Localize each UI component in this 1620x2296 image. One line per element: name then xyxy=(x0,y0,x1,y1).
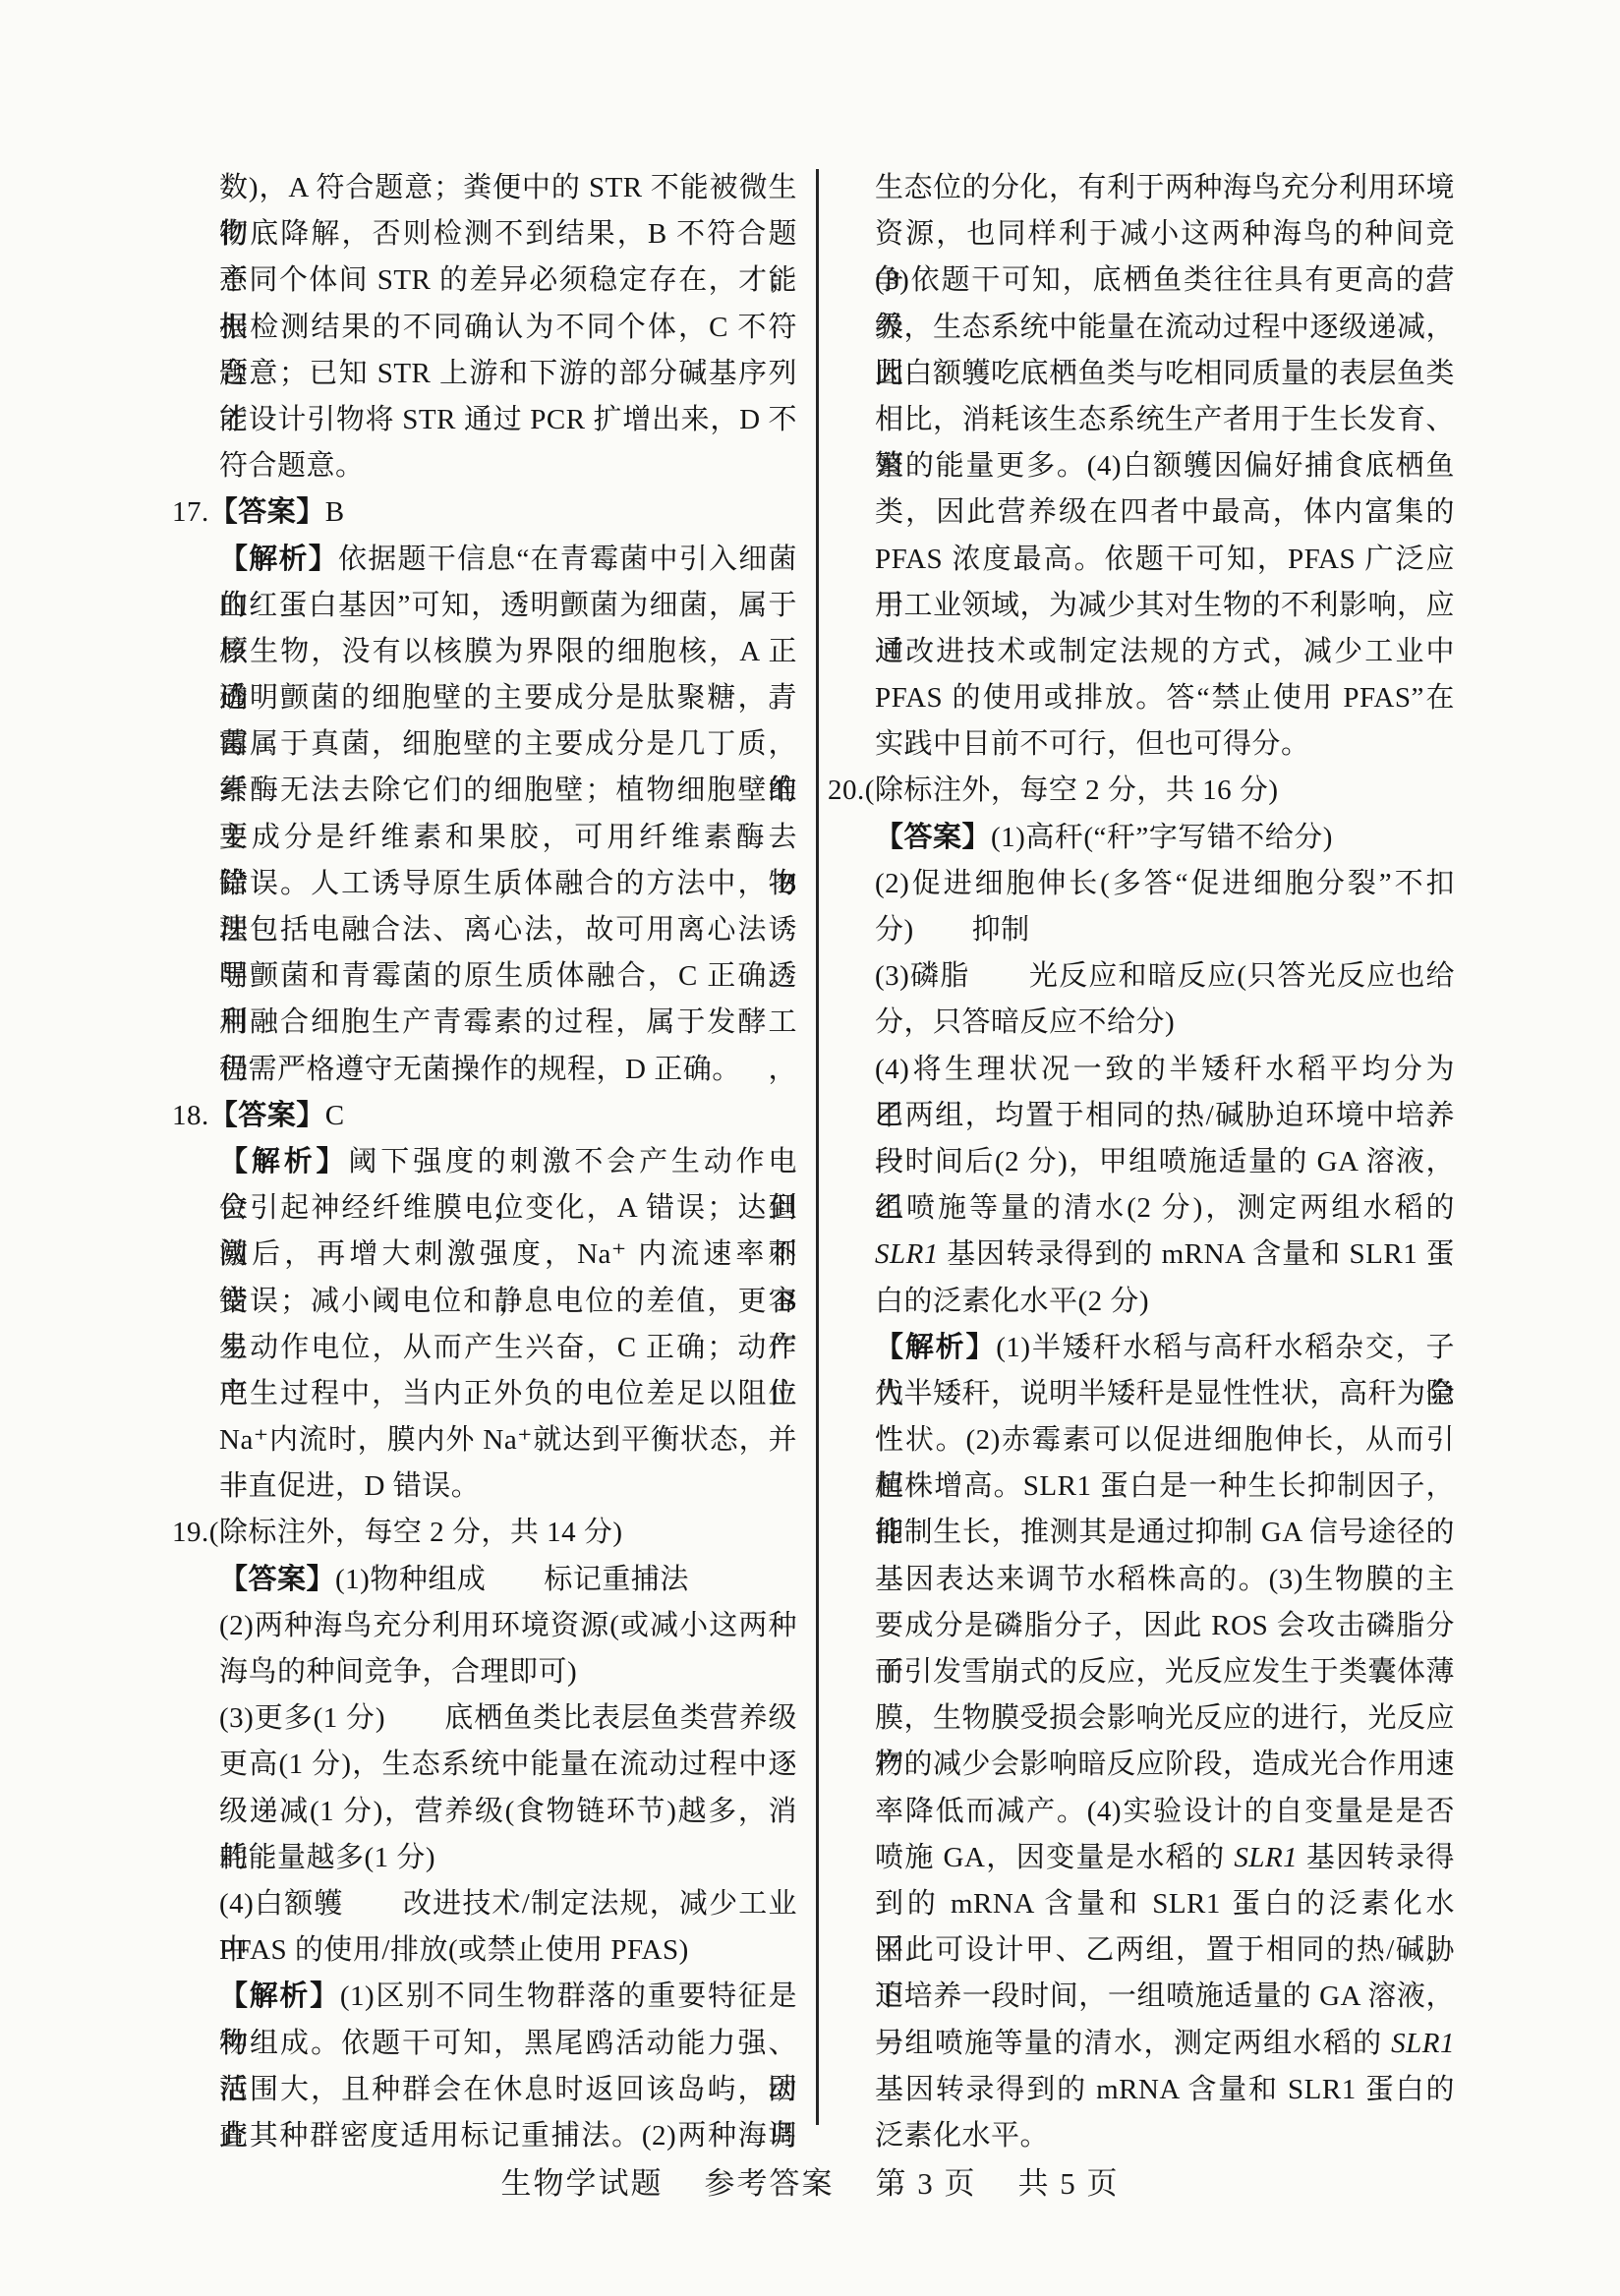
text-line: 实践中目前不可行，但也可得分。 xyxy=(875,721,1455,768)
text-line: 【解析】依据题干信息“在青霉菌中引入细菌的 xyxy=(219,537,797,583)
text-line: (2)两种海鸟充分利用环境资源(或减小这两种 xyxy=(219,1603,797,1649)
text-line: 性状。(2)赤霉素可以促进细胞伸长，从而引起 xyxy=(875,1417,1455,1464)
text-line: 海鸟的种间竞争，合理即可) xyxy=(219,1649,797,1695)
text-line: 20.(除标注外，每空 2 分，共 16 分) xyxy=(828,768,1455,814)
text-line: 抑制生长，推测其是通过抑制 GA 信号途径的 xyxy=(875,1510,1455,1556)
text-line: 仍需严格遵守无菌操作的规程，D 正确。 xyxy=(219,1047,797,1093)
text-line: 相比，消耗该生态系统生产者用于生长发育、繁 xyxy=(875,397,1455,443)
text-line: 组喷施等量的清水(2 分)，测定两组水稻的 xyxy=(875,1185,1455,1232)
text-line: 错误。人工诱导原生质体融合的方法中，物理 xyxy=(219,861,797,907)
text-line: 级，生态系统中能量在流动过程中逐级递减，因 xyxy=(875,305,1455,351)
text-line: 17.【答案】B xyxy=(172,489,797,536)
text-line: 殖的能量更多。(4)白额鹱因偏好捕食底栖鱼 xyxy=(875,443,1455,489)
text-line: (2)促进细胞伸长(多答“促进细胞分裂”不扣 xyxy=(875,861,1455,907)
text-line: (3)依题干可知，底栖鱼类往往具有更高的营养 xyxy=(875,258,1455,304)
text-line: 查其种群密度适用标记重捕法。(2)两种海鸟 xyxy=(219,2113,797,2159)
text-line: 物的减少会影响暗反应阶段，造成光合作用速 xyxy=(875,1742,1455,1788)
text-line: (4)白额鹱 改进技术/制定法规，减少工业中 xyxy=(219,1881,797,1927)
text-line: 要成分是磷脂分子，因此 ROS 会攻击磷脂分子 xyxy=(875,1603,1455,1649)
text-line: 法包括电融合法、离心法，故可用离心法诱导透 xyxy=(219,907,797,953)
text-line: 于工业领域，为减少其对生物的不利影响，应通 xyxy=(875,583,1455,629)
footer-section: 参考答案 xyxy=(705,2158,835,2203)
text-line: 【答案】(1)物种组成 标记重捕法 xyxy=(219,1557,797,1603)
text-line: 用融合细胞生产青霉素的过程，属于发酵工程， xyxy=(219,1000,797,1046)
text-line: 植株增高。SLR1 蛋白是一种生长抑制因子，能 xyxy=(875,1464,1455,1510)
text-line: 错误；减小阈电位和静息电位的差值，更容易产 xyxy=(219,1279,797,1325)
text-line: 透明颤菌的细胞壁的主要成分是肽聚糖，青霉 xyxy=(219,675,797,721)
left-column: 数)，A 符合题意；粪便中的 STR 不能被微生物彻底降解，否则检测不到结果，B… xyxy=(219,165,797,2159)
text-line: 级递减(1 分)，营养级(食物链环节)越多，消耗 xyxy=(219,1789,797,1835)
text-line: SLR1 基因转录得到的 mRNA 含量和 SLR1 蛋 xyxy=(875,1232,1455,1278)
text-line: 【解析】阈下强度的刺激不会产生动作电位，但 xyxy=(219,1139,797,1185)
text-line: 分，只答暗反应不给分) xyxy=(875,1000,1455,1046)
right-column: 生态位的分化，有利于两种海鸟充分利用环境资源，也同样利于减小这两种海鸟的种间竞争… xyxy=(875,165,1455,2159)
text-line: 而引发雪崩式的反应，光反应发生于类囊体薄 xyxy=(875,1649,1455,1695)
footer-page-number: 第 3 页 xyxy=(876,2158,977,2203)
text-line: (3)更多(1 分) 底栖鱼类比表层鱼类营养级 xyxy=(219,1695,797,1742)
text-line: 生态位的分化，有利于两种海鸟充分利用环境 xyxy=(875,165,1455,211)
text-line: 过改进技术或制定法规的方式，减少工业中 xyxy=(875,629,1455,675)
text-line: 范围大，且种群会在休息时返回该岛屿，因此调 xyxy=(219,2067,797,2113)
page-footer: 生物学试题 参考答案 第 3 页 共 5 页 xyxy=(0,2158,1620,2203)
text-line: PFAS 的使用/排放(或禁止使用 PFAS) xyxy=(219,1927,797,1974)
footer-exam-title: 生物学试题 xyxy=(501,2158,664,2203)
text-line: (4)将生理状况一致的半矮秆水稻平均分为甲、 xyxy=(875,1047,1455,1093)
text-line: 菌属于真菌，细胞壁的主要成分是几丁质，纤维 xyxy=(219,721,797,768)
text-line: 乙两组，均置于相同的热/碱胁迫环境中培养一 xyxy=(875,1093,1455,1139)
text-line: 激后，再增大刺激强度，Na⁺ 内流速率不变，B xyxy=(219,1232,797,1278)
text-line: 会引起神经纤维膜电位变化，A 错误；达到阈刺 xyxy=(219,1185,797,1232)
text-line: 不同个体间 STR 的差异必须稳定存在，才能根 xyxy=(219,258,797,304)
text-line: 下培养一段时间，一组喷施适量的 GA 溶液，另 xyxy=(875,1974,1455,2020)
text-line: 的能量越多(1 分) xyxy=(219,1835,797,1881)
text-line: 率降低而减产。(4)实验设计的自变量是是否 xyxy=(875,1789,1455,1835)
text-line: 种组成。依题干可知，黑尾鸥活动能力强、活动 xyxy=(219,2021,797,2067)
text-line: (3)磷脂 光反应和暗反应(只答光反应也给 xyxy=(875,953,1455,1000)
text-line: Na⁺内流时，膜内外 Na⁺就达到平衡状态，并非 xyxy=(219,1417,797,1464)
text-line: 白的泛素化水平(2 分) xyxy=(875,1279,1455,1325)
text-line: 基因转录得到的 mRNA 含量和 SLR1 蛋白的 xyxy=(875,2067,1455,2113)
text-line: 题意；已知 STR 上游和下游的部分碱基序列才 xyxy=(219,351,797,397)
text-line: 一直促进，D 错误。 xyxy=(219,1464,797,1510)
text-line: 符合题意。 xyxy=(219,443,797,489)
text-line: 素酶无法去除它们的细胞壁；植物细胞壁的主 xyxy=(219,768,797,814)
text-line: 生动作电位，从而产生兴奋，C 正确；动作电位 xyxy=(219,1325,797,1371)
text-line: 核生物，没有以核膜为界限的细胞核，A 正确。 xyxy=(219,629,797,675)
text-line: 资源，也同样利于减小这两种海鸟的种间竞争。 xyxy=(875,211,1455,258)
text-line: 此白额鹱吃底栖鱼类与吃相同质量的表层鱼类 xyxy=(875,351,1455,397)
text-line: 喷施 GA，因变量是水稻的 SLR1 基因转录得 xyxy=(875,1835,1455,1881)
text-line: 明颤菌和青霉菌的原生质体融合，C 正确。利 xyxy=(219,953,797,1000)
text-line: 18.【答案】C xyxy=(172,1093,797,1139)
text-line: 【解析】(1)半矮秆水稻与高秆水稻杂交，子代全 xyxy=(875,1325,1455,1371)
text-line: 能设计引物将 STR 通过 PCR 扩增出来，D 不 xyxy=(219,397,797,443)
text-line: 一组喷施等量的清水，测定两组水稻的 SLR1 xyxy=(875,2021,1455,2067)
text-line: 分) 抑制 xyxy=(875,907,1455,953)
text-line: 到的 mRNA 含量和 SLR1 蛋白的泛素化水平， xyxy=(875,1881,1455,1927)
scan-page: 数)，A 符合题意；粪便中的 STR 不能被微生物彻底降解，否则检测不到结果，B… xyxy=(0,0,1620,2296)
text-line: 为半矮秆，说明半矮秆是显性性状，高秆为隐性 xyxy=(875,1371,1455,1417)
text-line: 【解析】(1)区别不同生物群落的重要特征是物 xyxy=(219,1974,797,2020)
text-line: 泛素化水平。 xyxy=(875,2113,1455,2159)
text-line: 据检测结果的不同确认为不同个体，C 不符合 xyxy=(219,305,797,351)
text-line: 要成分是纤维素和果胶，可用纤维素酶去除，B xyxy=(219,815,797,861)
text-line: 类，因此营养级在四者中最高，体内富集的 xyxy=(875,489,1455,536)
text-line: 膜，生物膜受损会影响光反应的进行，光反应产 xyxy=(875,1695,1455,1742)
text-line: PFAS 的使用或排放。答“禁止使用 PFAS”在 xyxy=(875,675,1455,721)
column-divider xyxy=(816,169,819,2125)
text-line: 基因表达来调节水稻株高的。(3)生物膜的主 xyxy=(875,1557,1455,1603)
text-line: 血红蛋白基因”可知，透明颤菌为细菌，属于原 xyxy=(219,583,797,629)
text-line: 19.(除标注外，每空 2 分，共 14 分) xyxy=(172,1510,797,1556)
text-line: PFAS 浓度最高。依题干可知，PFAS 广泛应用 xyxy=(875,537,1455,583)
text-line: 数)，A 符合题意；粪便中的 STR 不能被微生物 xyxy=(219,165,797,211)
text-line: 【答案】(1)高秆(“秆”字写错不给分) xyxy=(875,815,1455,861)
footer-page-total: 共 5 页 xyxy=(1018,2158,1120,2203)
text-line: 段时间后(2 分)，甲组喷施适量的 GA 溶液，乙 xyxy=(875,1139,1455,1185)
text-line: 产生过程中，当内正外负的电位差足以阻止 xyxy=(219,1371,797,1417)
text-line: 更高(1 分)，生态系统中能量在流动过程中逐 xyxy=(219,1742,797,1788)
text-line: 彻底降解，否则检测不到结果，B 不符合题意； xyxy=(219,211,797,258)
text-line: 因此可设计甲、乙两组，置于相同的热/碱胁迫 xyxy=(875,1927,1455,1974)
